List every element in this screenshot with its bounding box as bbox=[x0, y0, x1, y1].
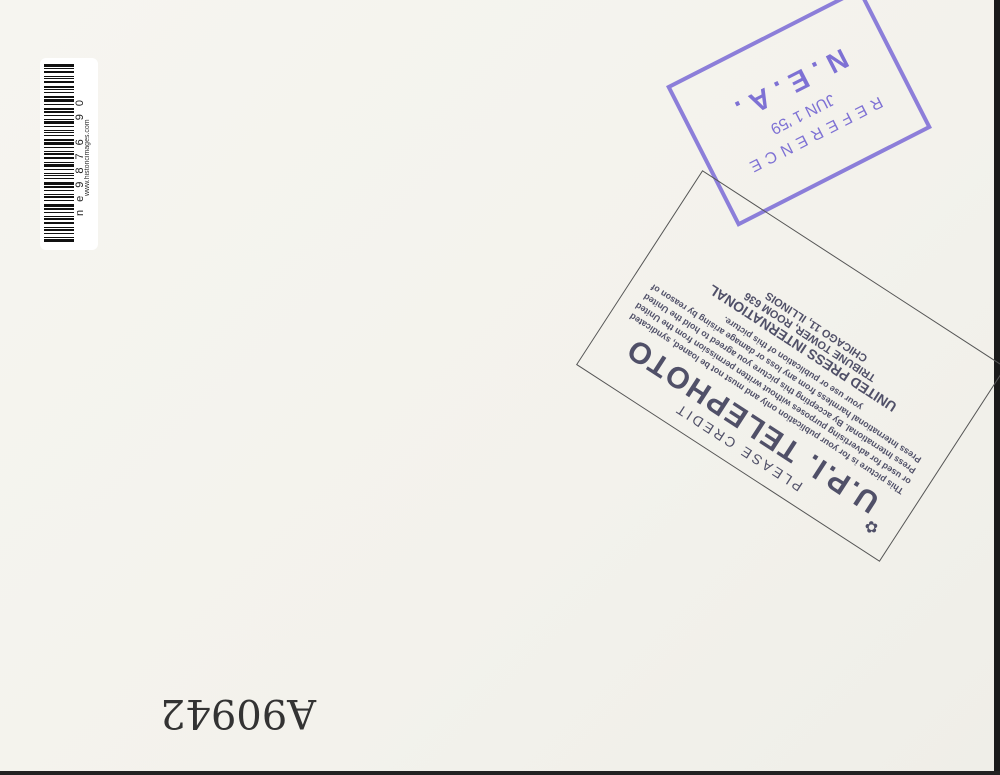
barcode-url: www.historicimages.com bbox=[84, 78, 96, 238]
scan-edge-bottom bbox=[0, 771, 1000, 775]
scan-edge bbox=[994, 0, 1000, 775]
barcode bbox=[44, 64, 74, 244]
barcode-label: ne9876 90 www.historicimages.com bbox=[40, 58, 98, 250]
handwritten-id: A90942 bbox=[160, 690, 316, 736]
